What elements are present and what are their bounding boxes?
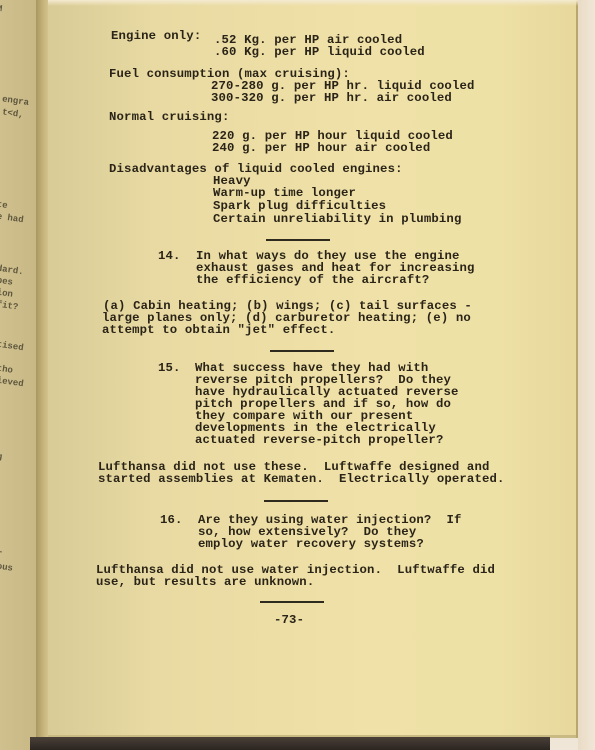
engine-weight-label: Engine only:	[111, 30, 201, 42]
prev-page-fragment: ЗАМ	[0, 2, 3, 15]
prev-page-fragment: nefit?	[0, 298, 19, 313]
section-divider	[260, 601, 324, 603]
fuel-consumption-line: 300-320 g. per HP hr. air cooled	[211, 92, 452, 104]
question-number: 14.	[158, 250, 181, 262]
answer-line: use, but results are unknown.	[96, 576, 314, 588]
normal-cruising-line: 240 g. per HP hour air cooled	[212, 142, 430, 154]
question-line: the efficiency of the aircraft?	[196, 274, 429, 286]
prev-page-fragment: uite	[0, 198, 8, 212]
answer-line: attempt to obtain "jet" effect.	[102, 324, 335, 336]
normal-cruising-label: Normal cruising:	[109, 111, 229, 123]
prev-page-fragment: al engra	[0, 92, 30, 109]
question-number: 16.	[160, 514, 183, 526]
prev-page-fragment: ate had	[0, 210, 24, 226]
document-page: Engine only: .52 Kg. per HP air cooled .…	[48, 0, 578, 738]
prev-page-fragment: ing	[0, 450, 3, 463]
section-divider	[270, 350, 334, 352]
background-surface	[578, 0, 595, 750]
prev-page-fragment: actised	[0, 338, 24, 354]
page-number: -73-	[274, 614, 304, 626]
question-number: 15.	[158, 362, 181, 374]
question-line: actuated reverse-pitch propeller?	[195, 434, 443, 446]
prev-page-fragment: chieved	[0, 374, 24, 390]
prev-page-fragment: rious	[0, 560, 14, 575]
prev-page-fragment: for	[0, 547, 3, 560]
prev-page-fragment: eltho	[0, 362, 14, 377]
previous-page-edge: ЗАМ 1 al engra rs t<d, uite ate had anda…	[0, 0, 36, 750]
engine-weight-line: .60 Kg. per HP liquid cooled	[214, 46, 425, 58]
section-divider	[264, 500, 328, 502]
disadvantage-item: Certain unreliability in plumbing	[213, 213, 461, 225]
disadvantage-item: Spark plug difficulties	[213, 200, 386, 212]
disadvantages-label: Disadvantages of liquid cooled engines:	[109, 163, 403, 175]
book-cover-edge	[30, 737, 550, 750]
answer-line: started assemblies at Kematen. Electrica…	[98, 473, 505, 485]
section-divider	[266, 239, 330, 241]
question-line: employ water recovery systems?	[198, 538, 424, 550]
disadvantage-item: Warm-up time longer	[213, 187, 356, 199]
